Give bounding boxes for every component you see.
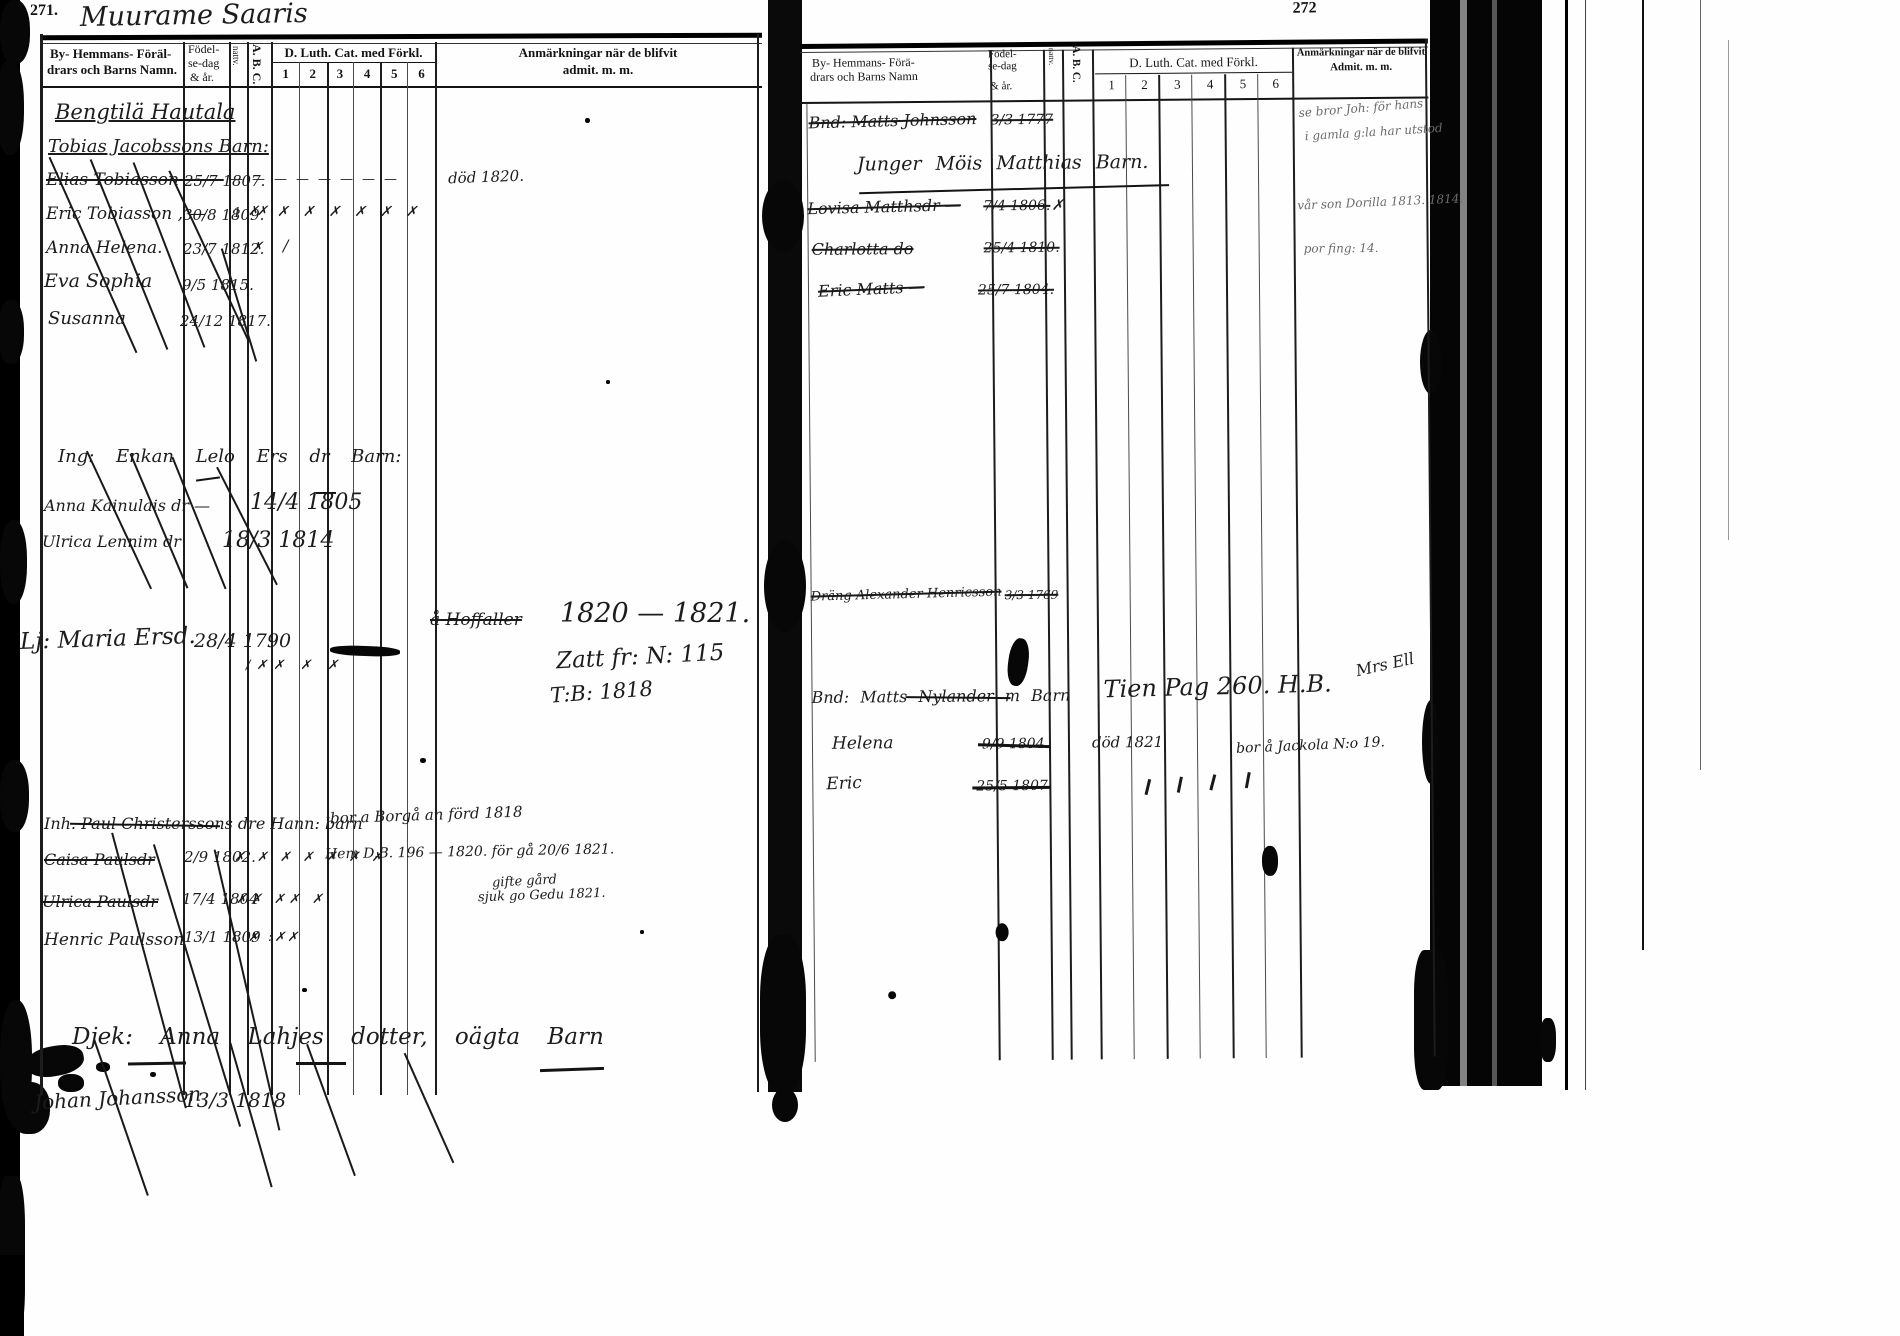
person-name: Dräng Alexander Henricsson <box>811 585 1002 605</box>
grid-line <box>1092 49 1103 1059</box>
heading-underline <box>859 184 1169 194</box>
name-column-header: drars och Barns Namn <box>810 69 918 85</box>
remarks-column-header: Admit. m. m. <box>1294 61 1428 74</box>
grid-line <box>1158 75 1169 1059</box>
person-name: Eric <box>826 773 862 795</box>
birth-column-header: se-dag <box>988 60 1017 72</box>
grid-line <box>1125 75 1135 1059</box>
ink-blot <box>1005 637 1031 687</box>
pen-slash <box>1177 777 1183 793</box>
remark: bor å Jackola N:o 19. <box>1236 734 1385 756</box>
ink-blot <box>996 923 1009 941</box>
abc-marks: ✗ <box>1051 196 1064 214</box>
catechism-column-header: D. Luth. Cat. med Förkl. <box>1095 54 1292 72</box>
scanned-parish-register: 271. Muurame Saaris By- Hemmans- Föräl- … <box>0 0 1900 1336</box>
cat-header-rule <box>1095 72 1292 75</box>
communion-column-header: nattv. <box>1047 48 1056 66</box>
remark: i gamla g:la har utstod <box>1304 121 1443 143</box>
grid-line <box>1425 39 1436 1057</box>
grid-line <box>1224 74 1235 1058</box>
grid-line <box>1191 75 1201 1059</box>
birth-date: 7/4 1806. <box>983 198 1050 215</box>
cat-col-4: 4 <box>1194 76 1227 92</box>
pen-slash <box>1145 779 1152 795</box>
ink-spot <box>888 991 896 999</box>
cat-col-2: 2 <box>1128 77 1161 93</box>
cat-col-3: 3 <box>1161 77 1194 93</box>
grid-line <box>1257 74 1267 1058</box>
remark: vår son Dorilla 1813. 1814. <box>1297 191 1463 212</box>
remarks-column-header: Anmärkningar när de blifvit <box>1294 47 1428 59</box>
person-name: Eric Matts — <box>818 277 925 301</box>
person-name: Charlotta do <box>812 239 914 259</box>
birth-date: 3/3 1777 <box>990 112 1053 129</box>
abc-column-header: A. B. C. <box>1070 46 1082 83</box>
right-page: 272 By- Hemmans- Förä- drars och Barns N… <box>0 0 1900 1336</box>
person-name: Lovisa Matthsdr — <box>807 195 961 218</box>
right-page-number: 272 <box>1292 0 1316 18</box>
remark: por fing: 14. <box>1304 241 1379 256</box>
birth-column-header: & år. <box>990 80 1012 92</box>
pen-slash <box>1245 772 1251 788</box>
cat-col-5: 5 <box>1226 76 1259 92</box>
person-name: Bnd: Matts Johnsson <box>808 109 976 132</box>
pen-slash <box>1209 774 1216 790</box>
person-name: Helena <box>832 733 894 754</box>
birth-date: 25/4 1810. <box>984 240 1060 257</box>
cat-col-6: 6 <box>1259 76 1292 92</box>
death-note: död 1821 <box>1092 733 1163 752</box>
ink-blot <box>1262 846 1278 876</box>
family-heading: Junger Möis Matthias Barn. <box>857 151 1149 176</box>
birth-date: 25/7 1804. <box>978 282 1054 299</box>
remark-reference: Tien Pag 260. H.B. <box>1103 669 1332 703</box>
birth-date: 3/3 1769 <box>1005 588 1059 602</box>
cat-col-1: 1 <box>1095 77 1128 93</box>
birth-column-header: Födel- <box>988 48 1017 60</box>
remark-side-note: Mrs Ell <box>1354 649 1416 680</box>
remark: se bror Joh: för hans <box>1298 96 1424 120</box>
